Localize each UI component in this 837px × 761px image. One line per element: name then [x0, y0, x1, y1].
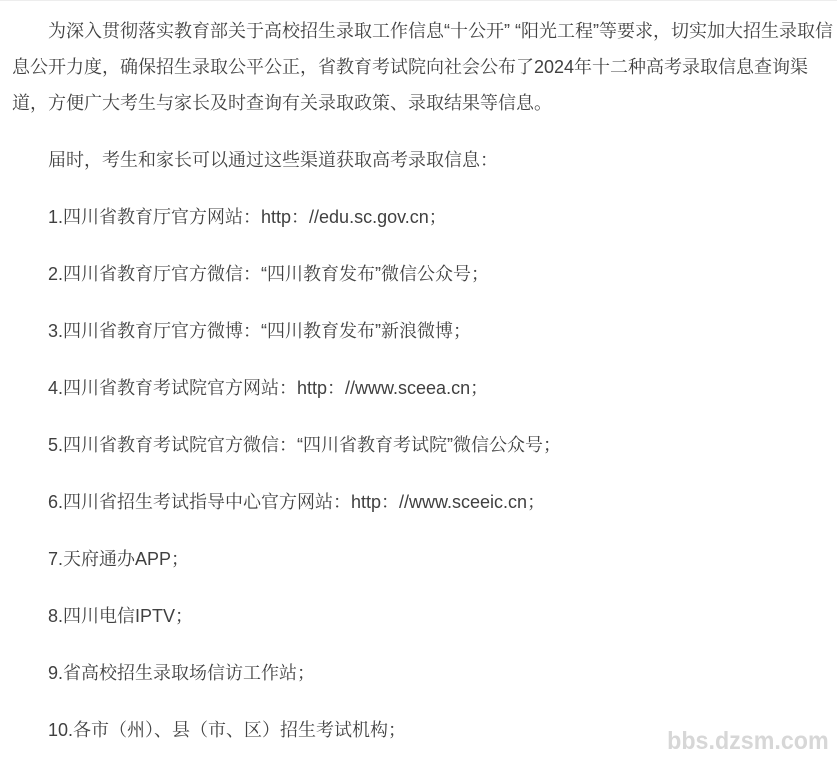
channel-item-7: 7.天府通办APP； — [12, 541, 833, 577]
site-watermark: bbs.dzsm.com — [667, 727, 829, 756]
channel-item-4: 4.四川省教育考试院官方网站：http：//www.sceea.cn； — [12, 370, 833, 406]
channel-item-9: 9.省高校招生录取场信访工作站； — [12, 655, 833, 691]
channel-item-6: 6.四川省招生考试指导中心官方网站：http：//www.sceeic.cn； — [12, 484, 833, 520]
channel-item-2: 2.四川省教育厅官方微信：“四川教育发布”微信公众号； — [12, 256, 833, 292]
lead-in-paragraph: 届时，考生和家长可以通过这些渠道获取高考录取信息： — [12, 142, 833, 178]
channel-item-1: 1.四川省教育厅官方网站：http：//edu.sc.gov.cn； — [12, 199, 833, 235]
intro-paragraph: 为深入贯彻落实教育部关于高校招生录取工作信息“十公开” “阳光工程”等要求，切实… — [12, 13, 833, 121]
channel-item-8: 8.四川电信IPTV； — [12, 598, 833, 634]
article-body: 为深入贯彻落实教育部关于高校招生录取工作信息“十公开” “阳光工程”等要求，切实… — [0, 1, 837, 748]
channel-item-5: 5.四川省教育考试院官方微信：“四川省教育考试院”微信公众号； — [12, 427, 833, 463]
channel-item-3: 3.四川省教育厅官方微博：“四川教育发布”新浪微博； — [12, 313, 833, 349]
